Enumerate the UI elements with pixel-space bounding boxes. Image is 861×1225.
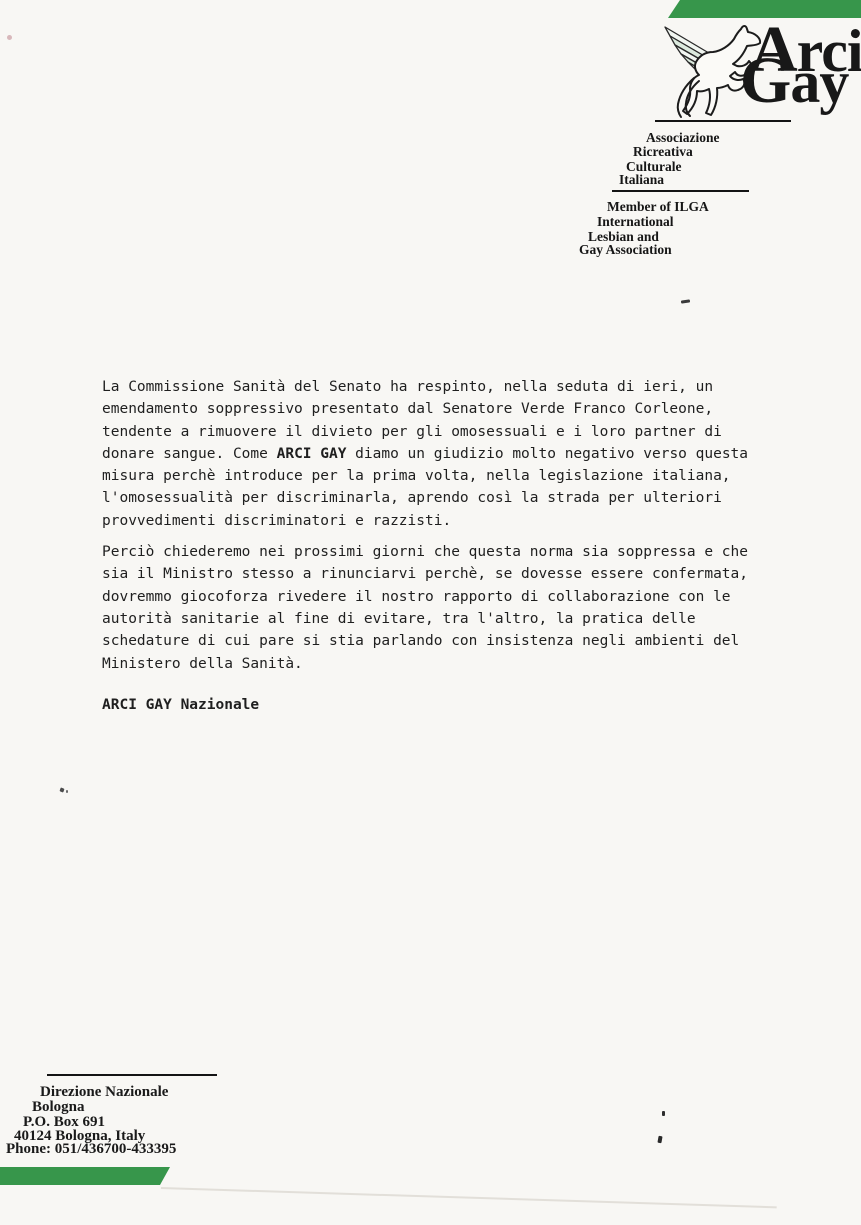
body-line: tendente a rimuovere il divieto per gli … xyxy=(102,421,782,443)
top-green-bar xyxy=(0,0,861,18)
scan-speck xyxy=(662,1111,665,1116)
body-line: schedature di cui pare si stia parlando … xyxy=(102,630,782,652)
body-line-post: diamo un giudizio molto negativo verso q… xyxy=(346,446,748,462)
body-line: Perciò chiederemo nei prossimi giorni ch… xyxy=(102,541,782,563)
org-block-bottom-rule xyxy=(612,190,749,192)
signature-line: ARCI GAY Nazionale xyxy=(102,694,782,716)
scanned-letter-page: Arci Gay Associazione Ricreativa Cultura… xyxy=(0,0,861,1225)
body-line: sia il Ministro stesso a rinunciarvi per… xyxy=(102,563,782,585)
org-line: Italiana xyxy=(619,172,664,187)
body-line: autorità sanitarie al fine di evitare, t… xyxy=(102,608,782,630)
body-line-pre: donare sangue. Come xyxy=(102,446,277,462)
scan-speck xyxy=(7,35,12,40)
org-block-top-rule xyxy=(655,120,791,122)
scan-speck xyxy=(66,790,68,793)
org-line: Associazione xyxy=(646,130,720,145)
letter-body: La Commissione Sanità del Senato ha resp… xyxy=(102,376,782,716)
body-line: La Commissione Sanità del Senato ha resp… xyxy=(102,376,782,398)
body-line: dovremmo giocoforza rivedere il nostro r… xyxy=(102,586,782,608)
scan-speck xyxy=(657,1136,662,1144)
membership-line: Gay Association xyxy=(579,242,672,257)
brand-word-gay: Gay xyxy=(740,48,848,114)
footer-rule xyxy=(47,1074,217,1076)
org-line: Ricreativa xyxy=(633,144,693,159)
body-line: emendamento soppressivo presentato dal S… xyxy=(102,398,782,420)
brand-gay-rest: ay xyxy=(790,49,848,115)
footer-line: Phone: 051/436700-433395 xyxy=(6,1142,176,1158)
body-line-bold-arci-gay: ARCI GAY xyxy=(277,446,347,462)
scan-shadow-line xyxy=(161,1187,777,1208)
body-line: l'omosessualità per discriminarla, apren… xyxy=(102,487,782,509)
body-line: misura perchè introduce per la prima vol… xyxy=(102,465,782,487)
bottom-green-bar xyxy=(0,1167,175,1185)
body-line: provvedimenti discriminatori e razzisti. xyxy=(102,510,782,532)
body-line: Ministero della Sanità. xyxy=(102,653,782,675)
body-line: donare sangue. Come ARCI GAY diamo un gi… xyxy=(102,443,782,465)
membership-line: Member of ILGA xyxy=(607,199,709,214)
brand-gay-initial: G xyxy=(740,44,790,117)
scan-speck xyxy=(681,299,690,303)
letter-paragraph-2: Perciò chiederemo nei prossimi giorni ch… xyxy=(102,541,782,675)
letter-paragraph-1: La Commissione Sanità del Senato ha resp… xyxy=(102,376,782,532)
membership-line: International xyxy=(597,214,674,229)
scan-speck xyxy=(59,787,64,792)
